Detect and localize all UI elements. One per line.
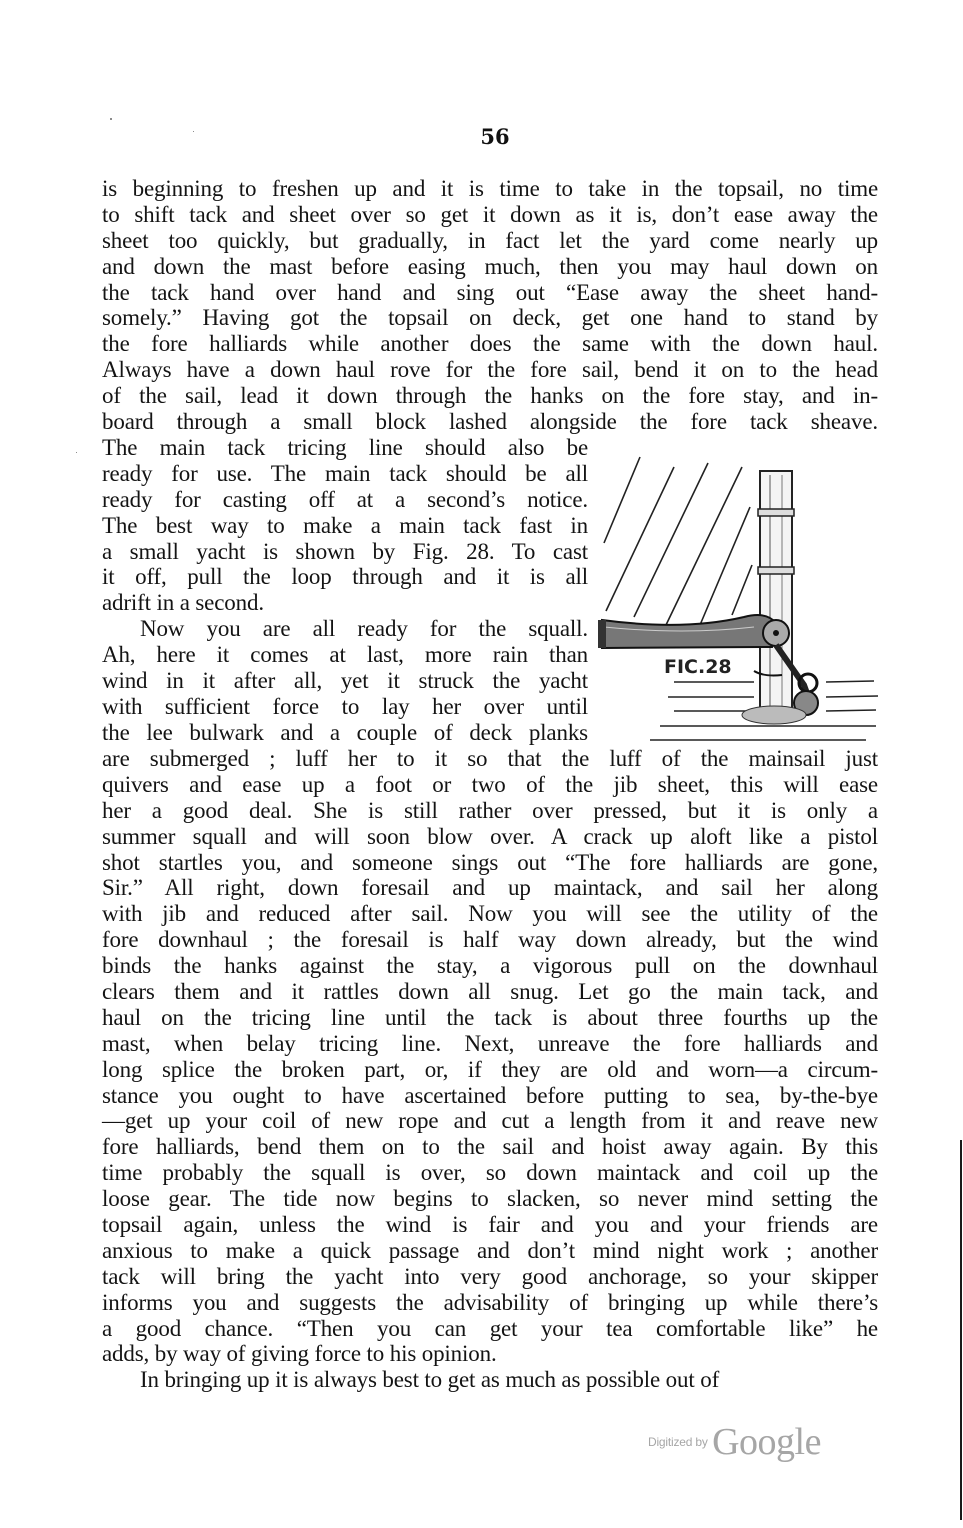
text-line: anxious to make a quick passage and don’…	[102, 1238, 878, 1264]
text-line: long splice the broken part, or, if they…	[102, 1057, 878, 1083]
text-line: tack will bring the yacht into very good…	[102, 1264, 878, 1290]
main-tack-illustration: FIC.28	[594, 445, 880, 743]
text-line: Ah, here it comes at last, more rain tha…	[102, 642, 588, 668]
text-line: sheet too quickly, but gradually, in fac…	[102, 228, 878, 254]
watermark-brand: Google	[712, 1421, 821, 1463]
text-line: clears them and it rattles down all snug…	[102, 979, 878, 1005]
text-line: a small yacht is shown by Fig. 28. To ca…	[102, 539, 588, 565]
text-line: wind in it after all, yet it struck the …	[102, 668, 588, 694]
text-line: of the sail, lead it down through the ha…	[102, 383, 878, 409]
text-line: shot startles you, and someone sings out…	[102, 850, 878, 876]
text-line: and down the mast before easing much, th…	[102, 254, 878, 280]
figure-label: FIC.28	[664, 656, 732, 678]
text-line: The best way to make a main tack fast in	[102, 513, 588, 539]
text-line: quivers and ease up a foot or two of the…	[102, 772, 878, 798]
scan-speck	[76, 452, 77, 453]
text-line: board through a small block lashed along…	[102, 409, 878, 435]
text-line: adds, by way of giving force to his opin…	[102, 1341, 878, 1367]
watermark-prefix: Digitized by	[648, 1435, 708, 1449]
text-line: her a good deal. She is still rather ove…	[102, 798, 878, 824]
body-text-wrap-2: Now you are all ready for the squall. Ah…	[102, 616, 588, 745]
body-text-bottom: are submerged ; luff her to it so that t…	[102, 746, 878, 1393]
text-line: summer squall and will soon blow over. A…	[102, 824, 878, 850]
scan-speck	[110, 118, 112, 120]
scan-speck	[193, 131, 194, 132]
text-line: stance you ought to have ascertained bef…	[102, 1083, 878, 1109]
text-line: are submerged ; luff her to it so that t…	[102, 746, 878, 772]
text-line: ready for use. The main tack should be a…	[102, 461, 588, 487]
text-line-final: In bringing up it is always best to get …	[102, 1367, 878, 1393]
page-number: 56	[470, 124, 520, 149]
digitized-watermark: Digitized by Google	[648, 1420, 821, 1464]
body-text-wrap-1: The main tack tricing line should also b…	[102, 435, 588, 616]
text-line: the tack hand over hand and sing out “Ea…	[102, 280, 878, 306]
text-line: haul on the tricing line until the tack …	[102, 1005, 878, 1031]
text-line: Sir.” All right, down foresail and up ma…	[102, 875, 878, 901]
text-line: fore halliards, bend them on to the sail…	[102, 1134, 878, 1160]
text-line: it off, pull the loop through and it is …	[102, 564, 588, 590]
text-line: Now you are all ready for the squall.	[102, 616, 588, 642]
text-line: time probably the squall is over, so dow…	[102, 1160, 878, 1186]
text-line: The main tack tricing line should also b…	[102, 435, 588, 461]
text-line: topsail again, unless the wind is fair a…	[102, 1212, 878, 1238]
text-line: fore downhaul ; the foresail is half way…	[102, 927, 878, 953]
figure-28: FIC.28	[594, 445, 880, 743]
text-line: ready for casting off at a second’s noti…	[102, 487, 588, 513]
text-line: is beginning to freshen up and it is tim…	[102, 176, 878, 202]
text-line: somely.” Having got the topsail on deck,…	[102, 305, 878, 331]
text-line: informs you and suggests the advisabilit…	[102, 1290, 878, 1316]
text-line: mast, when belay tricing line. Next, unr…	[102, 1031, 878, 1057]
text-line: Always have a down haul rove for the for…	[102, 357, 878, 383]
text-line: with jib and reduced after sail. Now you…	[102, 901, 878, 927]
text-line: adrift in a second.	[102, 590, 588, 616]
text-line: the fore halliards while another does th…	[102, 331, 878, 357]
text-line: —get up your coil of new rope and cut a …	[102, 1108, 878, 1134]
text-line: to shift tack and sheet over so get it d…	[102, 202, 878, 228]
text-line: loose gear. The tide now begins to slack…	[102, 1186, 878, 1212]
text-line: binds the hanks against the stay, a vigo…	[102, 953, 878, 979]
body-text-top: is beginning to freshen up and it is tim…	[102, 176, 878, 435]
text-line: the lee bulwark and a couple of deck pla…	[102, 720, 588, 746]
text-line: a good chance. “Then you can get your te…	[102, 1316, 878, 1342]
book-page: 56 is beginning to freshen up and it is …	[0, 0, 963, 1528]
page-edge-line	[960, 1140, 962, 1520]
text-line: with sufficient force to lay her over un…	[102, 694, 588, 720]
